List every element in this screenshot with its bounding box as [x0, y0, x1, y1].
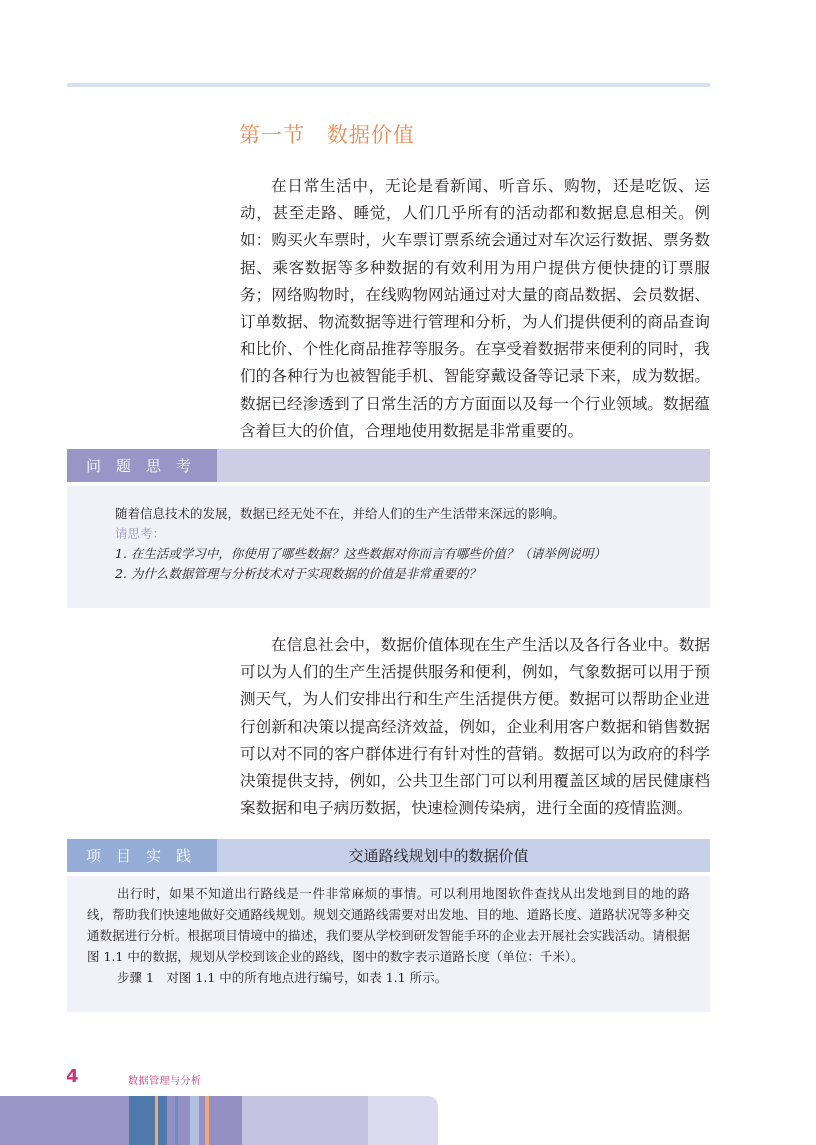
footer-stripe — [242, 1096, 368, 1145]
practice-box-header: 项目实践 交通路线规划中的数据价值 — [67, 839, 710, 872]
page-number: 4 — [66, 1066, 79, 1087]
section-title: 第一节数据价值 — [239, 119, 415, 149]
think-intro: 随着信息技术的发展，数据已经无处不在，并给人们的生产生活带来深远的影响。 — [115, 504, 690, 524]
practice-box-body: 出行时，如果不知道出行路线是一件非常麻烦的事情。可以利用地图软件查找从出发地到目… — [67, 876, 710, 1012]
practice-step-1: 步骤 1 对图 1.1 中的所有地点进行编号，如表 1.1 所示。 — [87, 967, 690, 988]
footer-stripe — [167, 1096, 175, 1145]
book-title: 数据管理与分析 — [128, 1072, 202, 1087]
footer-stripe — [368, 1096, 438, 1145]
practice-description: 出行时，如果不知道出行路线是一件非常麻烦的事情。可以利用地图软件查找从出发地到目… — [87, 883, 690, 967]
section-number: 第一节 — [239, 123, 305, 147]
header-rule — [67, 83, 710, 87]
think-prompt: 请思考： — [115, 524, 690, 544]
footer-stripe — [129, 1096, 155, 1145]
think-question-1: 1. 在生活或学习中，你使用了哪些数据？这些数据对你而言有哪些价值？（请举例说明… — [115, 544, 690, 564]
footer-stripe — [158, 1096, 167, 1145]
think-box-header: 问题思考 — [67, 449, 710, 482]
practice-box-title: 交通路线规划中的数据价值 — [348, 845, 528, 866]
footer-stripe — [178, 1096, 190, 1145]
section-heading: 数据价值 — [327, 123, 415, 147]
think-question-2: 2. 为什么数据管理与分析技术对于实现数据的价值是非常重要的？ — [115, 564, 690, 584]
intro-paragraph: 在日常生活中，无论是看新闻、听音乐、购物，还是吃饭、运动，甚至走路、睡觉，人们几… — [240, 173, 710, 445]
footer-decorative-band — [0, 1096, 438, 1145]
think-box-tag: 问题思考 — [67, 449, 217, 482]
footer-stripe — [0, 1096, 129, 1145]
think-box-body: 随着信息技术的发展，数据已经无处不在，并给人们的生产生活带来深远的影响。 请思考… — [67, 486, 710, 608]
footer-stripe — [190, 1096, 199, 1145]
practice-box-tag: 项目实践 — [67, 839, 217, 872]
think-box-header-fill — [217, 449, 710, 482]
value-paragraph: 在信息社会中，数据价值体现在生产生活以及各行各业中。数据可以为人们的生产生活提供… — [240, 632, 710, 822]
practice-box-title-bar: 交通路线规划中的数据价值 — [217, 839, 710, 872]
footer-stripe — [209, 1096, 242, 1145]
